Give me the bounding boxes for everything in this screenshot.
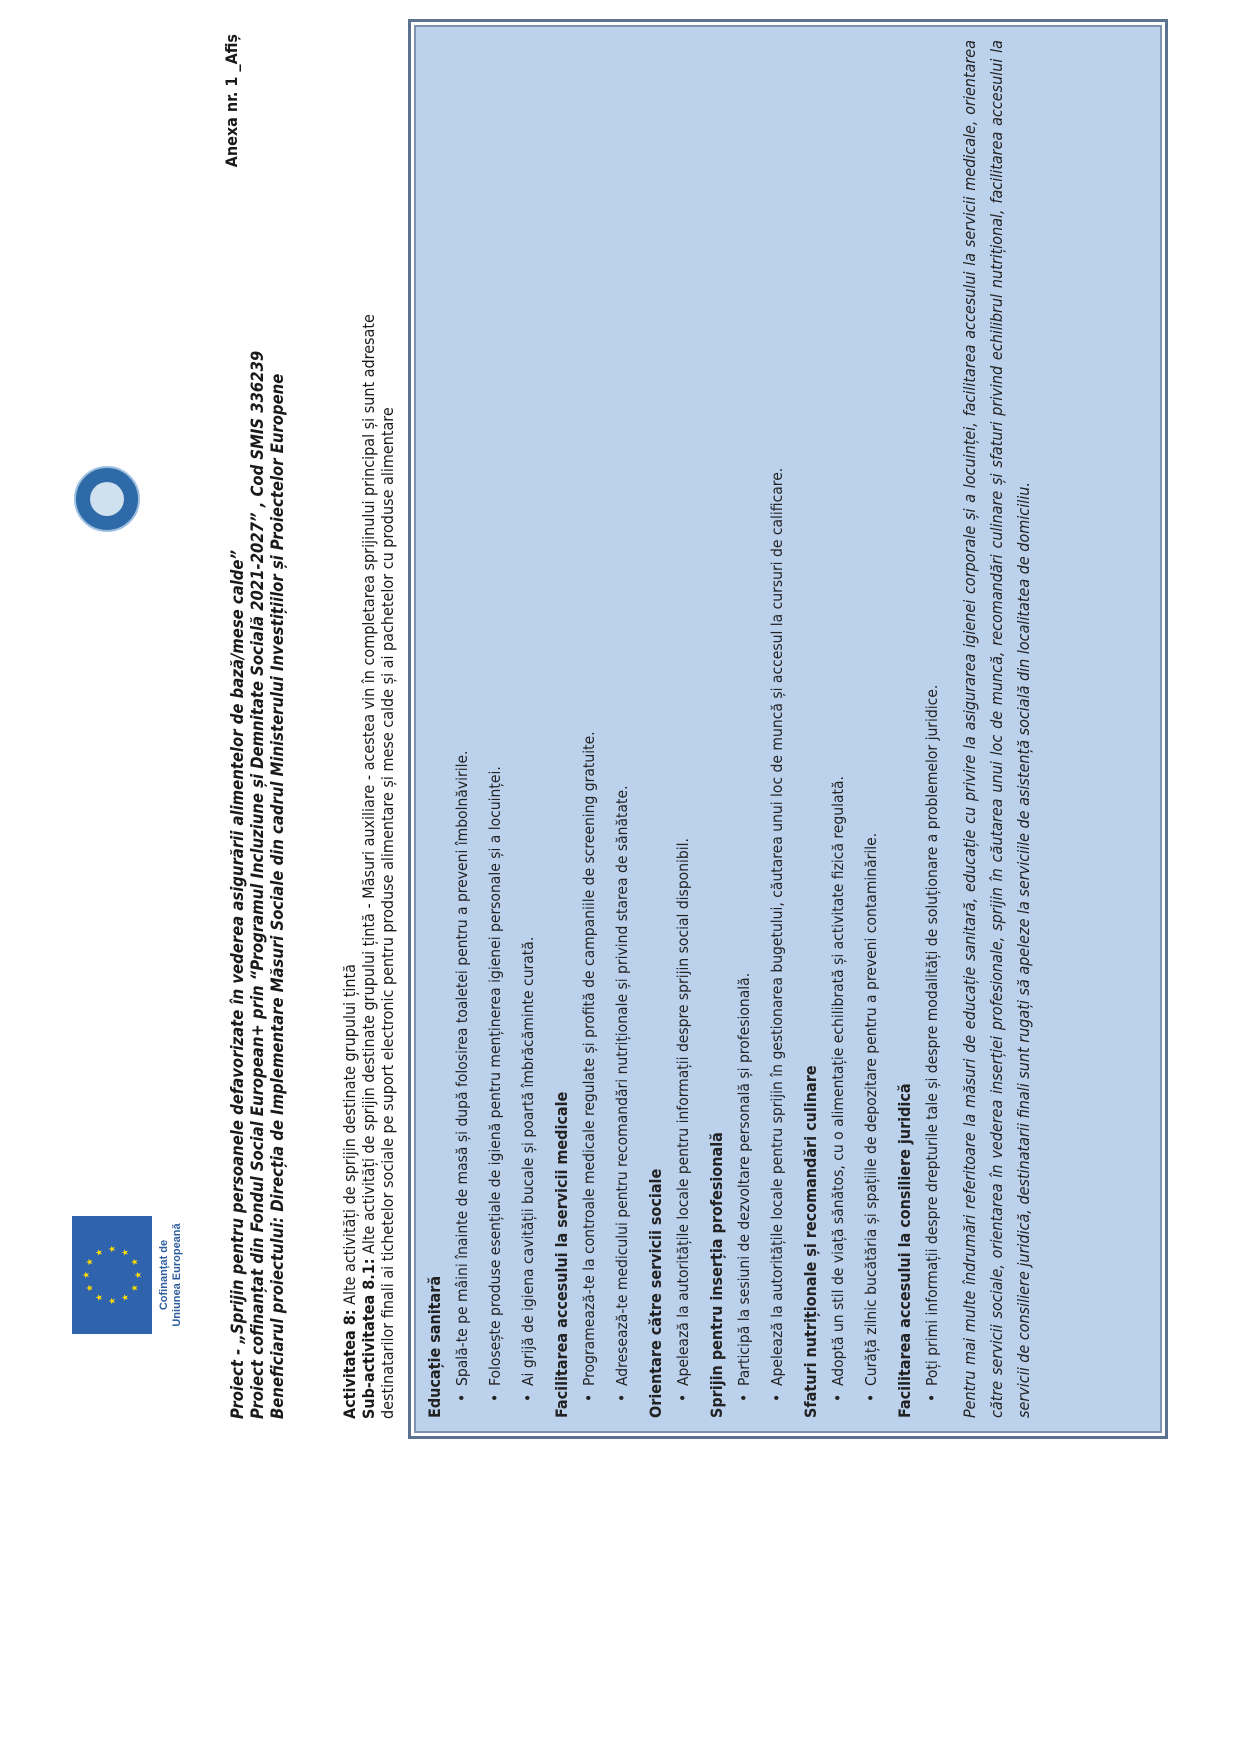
bullet-icon: • xyxy=(829,1394,848,1402)
activity-text: Alte activități de sprijin destinate gru… xyxy=(340,964,359,1305)
section-title: Facilitarea accesului la servicii medica… xyxy=(552,40,572,1418)
list-item: •Curăță zilnic bucătăria și spațiile de … xyxy=(862,40,881,1402)
section-title: Educație sanitară xyxy=(425,40,445,1418)
section-title: Sprijin pentru inserția profesională xyxy=(707,40,727,1418)
sub-activity-text: Alte activități de sprijin destinate gru… xyxy=(359,314,378,1254)
bullet-icon: • xyxy=(923,1394,942,1402)
list-item: •Ai grijă de igiena cavității bucale și … xyxy=(519,40,538,1402)
section-title: Orientare către servicii sociale xyxy=(646,40,666,1418)
svg-text:★: ★ xyxy=(85,1258,95,1265)
list-item-text: Ai grijă de igiena cavității bucale și p… xyxy=(519,937,537,1386)
svg-text:★: ★ xyxy=(85,1284,95,1291)
project-beneficiary: Beneficiarul proiectului: Direcția de Im… xyxy=(268,19,288,1419)
bullet-icon: • xyxy=(674,1394,693,1402)
list-item: •Adresează-te medicului pentru recomandă… xyxy=(613,40,632,1402)
svg-text:★: ★ xyxy=(95,1294,105,1301)
svg-text:★: ★ xyxy=(131,1284,141,1291)
sub-activity-continuation: destinatarilor finali ai tichetelor soci… xyxy=(378,19,397,1419)
bullet-icon: • xyxy=(735,1394,754,1402)
list-item: •Apelează la autoritățile locale pentru … xyxy=(768,40,787,1402)
eu-stars-icon: ★★★★★★★★★★★★ xyxy=(72,1216,152,1334)
project-header: Proiect - „Sprijin pentru persoanele def… xyxy=(228,19,288,1419)
bullet-icon: • xyxy=(862,1394,881,1402)
sub-activity-label: Sub-activitatea 8.1: xyxy=(359,1259,378,1419)
project-funding: Proiect cofinanțat din Fondul Social Eur… xyxy=(248,19,268,1419)
bullet-icon: • xyxy=(519,1394,538,1402)
eu-cofunding-logo: ★★★★★★★★★★★★ Cofinanțat de Uniunea Europ… xyxy=(72,1214,138,1334)
svg-text:★: ★ xyxy=(82,1271,92,1278)
svg-text:★: ★ xyxy=(134,1271,144,1278)
sections-list: Educație sanitară•Spală-te pe mâini înai… xyxy=(425,40,942,1418)
activity-label: Activitatea 8: xyxy=(340,1309,359,1419)
section-title: Sfaturi nutriționale și recomandări culi… xyxy=(801,40,821,1418)
list-item: •Apelează la autoritățile locale pentru … xyxy=(674,40,693,1402)
list-item-text: Poți primi informații despre drepturile … xyxy=(923,685,941,1386)
list-item: •Spală-te pe mâini înainte de masă și du… xyxy=(453,40,472,1402)
romanian-government-seal-icon xyxy=(74,466,140,532)
bullet-icon: • xyxy=(613,1394,632,1402)
list-item-text: Participă la sesiuni de dezvoltare perso… xyxy=(735,973,753,1386)
section-title: Facilitarea accesului la consiliere juri… xyxy=(895,40,915,1418)
list-item: •Participă la sesiuni de dezvoltare pers… xyxy=(735,40,754,1402)
eu-flag-icon: ★★★★★★★★★★★★ xyxy=(72,1216,152,1334)
eu-logo-caption: Cofinanțat de Uniunea Europeană xyxy=(158,1216,184,1334)
list-item-text: Spală-te pe mâini înainte de masă și dup… xyxy=(453,751,471,1386)
list-item-text: Programează-te la controale medicale reg… xyxy=(580,731,598,1386)
bullet-icon: • xyxy=(453,1394,472,1402)
svg-text:★: ★ xyxy=(108,1245,118,1252)
activity-line: Activitatea 8: Alte activități de spriji… xyxy=(340,19,359,1419)
svg-text:★: ★ xyxy=(121,1294,131,1301)
list-item-text: Adresează-te medicului pentru recomandăr… xyxy=(613,785,631,1386)
bullet-icon: • xyxy=(486,1394,505,1402)
svg-text:★: ★ xyxy=(108,1297,118,1304)
document-page: ★★★★★★★★★★★★ Cofinanțat de Uniunea Europ… xyxy=(0,0,1240,1754)
coat-of-arms-icon xyxy=(90,482,124,516)
list-item: •Programează-te la controale medicale re… xyxy=(580,40,599,1402)
bullet-icon: • xyxy=(768,1394,787,1402)
activity-block: Activitatea 8: Alte activități de spriji… xyxy=(340,19,397,1419)
svg-text:★: ★ xyxy=(121,1249,131,1256)
bullet-icon: • xyxy=(580,1394,599,1402)
list-item: •Poți primi informații despre drepturile… xyxy=(923,40,942,1402)
list-item: •Folosește produse esențiale de igienă p… xyxy=(486,40,505,1402)
list-item-text: Apelează la autoritățile locale pentru s… xyxy=(768,468,786,1386)
list-item-text: Curăță zilnic bucătăria și spațiile de d… xyxy=(862,833,880,1386)
guidance-note: Pentru mai multe îndrumări referitoare l… xyxy=(956,40,1037,1418)
svg-text:★: ★ xyxy=(95,1249,105,1256)
list-item-text: Adoptă un stil de viață sănătos, cu o al… xyxy=(829,776,847,1386)
recommendations-box: Educație sanitară•Spală-te pe mâini înai… xyxy=(408,19,1168,1439)
list-item-text: Apelează la autoritățile locale pentru i… xyxy=(674,838,692,1386)
project-title: Proiect - „Sprijin pentru persoanele def… xyxy=(228,19,248,1419)
sub-activity-line: Sub-activitatea 8.1: Alte activități de … xyxy=(359,19,378,1419)
list-item-text: Folosește produse esențiale de igienă pe… xyxy=(486,766,504,1386)
list-item: •Adoptă un stil de viață sănătos, cu o a… xyxy=(829,40,848,1402)
svg-text:★: ★ xyxy=(131,1258,141,1265)
